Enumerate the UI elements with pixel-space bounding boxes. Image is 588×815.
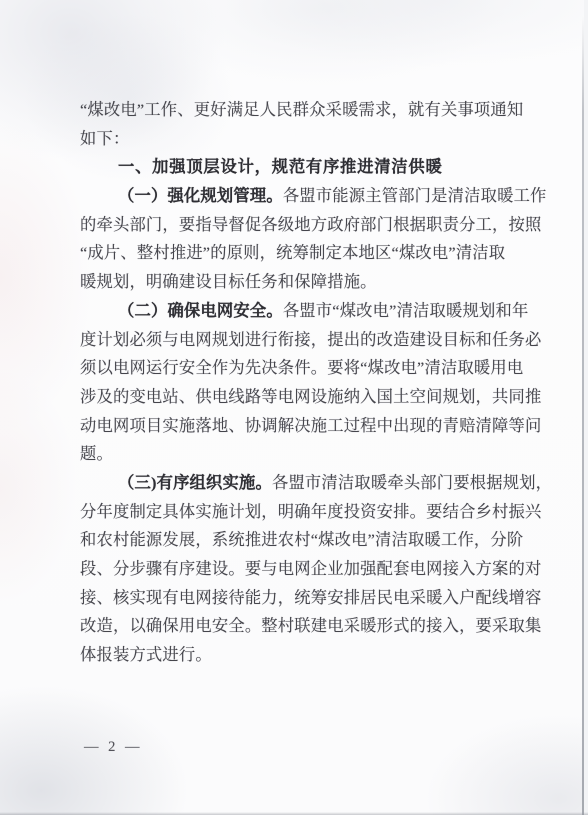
line-text: 分年度制定具体实施计划，明确年度投资安排。要结合乡村振兴 <box>80 502 541 521</box>
paper-right-background <box>584 0 588 815</box>
line-text: 各盟市“煤改电”清洁取暖规划和年 <box>283 301 529 320</box>
document-line: 的牵头部门，要指导督促各级地方政府部门根据职责分工，按照 <box>80 211 528 240</box>
paper-right-edge <box>582 16 584 815</box>
subsection-title: （二）确保电网安全。 <box>118 301 283 320</box>
document-line: 体报装方式进行。 <box>80 641 528 670</box>
document-line: 度计划必须与电网规划进行衔接，提出的改造建设目标和任务必 <box>80 326 528 355</box>
document-line: 段、分步骤有序建设。要与电网企业加强配套电网接入方案的对 <box>80 555 528 584</box>
document-line: 暖规划，明确建设目标任务和保障措施。 <box>80 268 528 297</box>
section-heading: 一、加强顶层设计，规范有序推进清洁供暖 <box>80 153 528 182</box>
line-text: 段、分步骤有序建设。要与电网企业加强配套电网接入方案的对 <box>80 559 541 578</box>
document-line: （二）确保电网安全。各盟市“煤改电”清洁取暖规划和年 <box>80 297 528 326</box>
document-line: 和农村能源发展，系统推进农村“煤改电”清洁取暖工作，分阶 <box>80 526 528 555</box>
line-text: 动电网项目实施落地、协调解决施工过程中出现的青赔清障等问 <box>80 416 541 435</box>
line-text: 度计划必须与电网规划进行衔接，提出的改造建设目标和任务必 <box>80 330 541 349</box>
document-line: “煤改电”工作、更好满足人民群众采暖需求，就有关事项通知 <box>80 96 528 125</box>
line-text: 体报装方式进行。 <box>80 645 212 664</box>
document-line: 须以电网运行安全作为先决条件。要将“煤改电”清洁取暖用电 <box>80 354 528 383</box>
document-line: 接、核实现有电网接待能力，统筹安排居民电采暖入户配线增容 <box>80 584 528 613</box>
line-text: 须以电网运行安全作为先决条件。要将“煤改电”清洁取暖用电 <box>80 358 523 377</box>
document-line: （三)有序组织实施。各盟市清洁取暖牵头部门要根据规划， <box>80 469 528 498</box>
line-text: “煤改电”工作、更好满足人民群众采暖需求，就有关事项通知 <box>80 100 523 119</box>
document-line: （一）强化规划管理。各盟市能源主管部门是清洁取暖工作 <box>80 182 528 211</box>
line-text: 接、核实现有电网接待能力，统筹安排居民电采暖入户配线增容 <box>80 588 541 607</box>
line-text: 各盟市清洁取暖牵头部门要根据规划， <box>272 473 552 492</box>
document-line: “成片、整村推进”的原则，统筹制定本地区“煤改电”清洁取 <box>80 239 528 268</box>
subsection-title: （一）强化规划管理。 <box>118 186 283 205</box>
line-text: 如下： <box>80 129 129 148</box>
document-line: 动电网项目实施落地、协调解决施工过程中出现的青赔清障等问 <box>80 412 528 441</box>
line-text: “成片、整村推进”的原则，统筹制定本地区“煤改电”清洁取 <box>80 243 505 262</box>
line-text: 的牵头部门，要指导督促各级地方政府部门根据职责分工，按照 <box>80 215 541 234</box>
line-text: 和农村能源发展，系统推进农村“煤改电”清洁取暖工作，分阶 <box>80 530 523 549</box>
document-line: 题。 <box>80 440 528 469</box>
heading-text: 一、加强顶层设计，规范有序推进清洁供暖 <box>118 157 443 176</box>
subsection-title: （三)有序组织实施。 <box>118 473 272 492</box>
line-text: 题。 <box>80 444 113 463</box>
page-number: — 2 — <box>84 739 143 756</box>
document-body: “煤改电”工作、更好满足人民群众采暖需求，就有关事项通知 如下： 一、加强顶层设… <box>80 96 528 670</box>
scanned-document-page: “煤改电”工作、更好满足人民群众采暖需求，就有关事项通知 如下： 一、加强顶层设… <box>0 0 588 815</box>
document-line: 改造，以确保用电安全。整村联建电采暖形式的接入，要采取集 <box>80 612 528 641</box>
line-text: 各盟市能源主管部门是清洁取暖工作 <box>283 186 547 205</box>
line-text: 涉及的变电站、供电线路等电网设施纳入国土空间规划，共同推 <box>80 387 541 406</box>
document-line: 涉及的变电站、供电线路等电网设施纳入国土空间规划，共同推 <box>80 383 528 412</box>
document-line: 分年度制定具体实施计划，明确年度投资安排。要结合乡村振兴 <box>80 498 528 527</box>
line-text: 改造，以确保用电安全。整村联建电采暖形式的接入，要采取集 <box>80 616 541 635</box>
document-line: 如下： <box>80 125 528 154</box>
line-text: 暖规划，明确建设目标任务和保障措施。 <box>80 272 377 291</box>
